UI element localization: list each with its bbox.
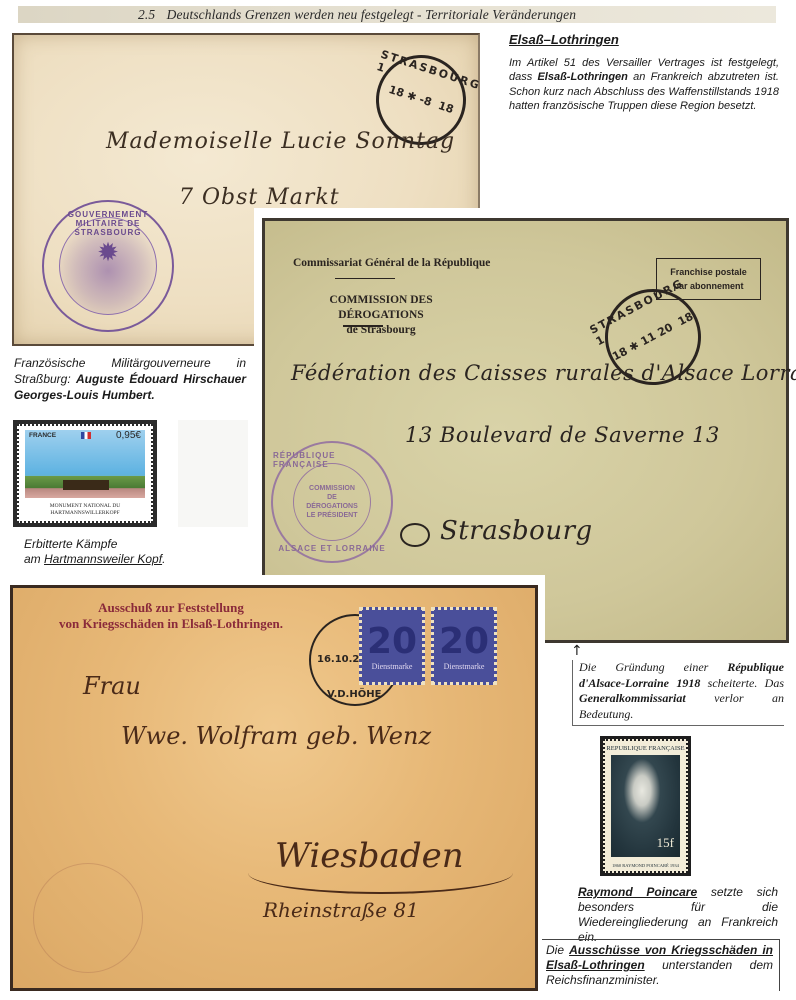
sender-line-1: Ausschuß zur Feststellung	[21, 600, 321, 616]
text-part: .	[162, 552, 165, 566]
address-line-1: Mademoiselle Lucie Sonntag	[106, 129, 455, 154]
address-line-3: Wiesbaden	[275, 836, 464, 876]
seal-text: GOUVERNEMENT MILITAIRE DE STRASBOURG	[44, 210, 172, 237]
ornament-divider	[335, 278, 395, 279]
hartmannsweiler-link: Hartmannsweiler Kopf	[44, 552, 162, 566]
republik-text: Die Gründung einer République d'Alsace-L…	[572, 660, 784, 726]
stamp-caption: MONUMENT NATIONAL DU HARTMANNSWILLERKOPF	[19, 503, 151, 516]
text-part: Die	[546, 943, 569, 957]
sender-stamp: Ausschuß zur Feststellung von Kriegsschä…	[21, 600, 321, 632]
star-cathedral-icon: ✹	[97, 237, 119, 268]
address-line-2: 7 Obst Markt	[179, 185, 340, 210]
section-title: Deutschlands Grenzen werden neu festgele…	[167, 7, 576, 22]
sender-line-2: von Kriegsschäden in Elsaß-Lothringen.	[21, 616, 321, 632]
blank-card	[178, 420, 248, 527]
seal-center-line: COMMISSION	[309, 484, 355, 493]
kampf-line-1: Erbitterte Kämpfe	[24, 537, 165, 552]
commission-seal: RÉPUBLIQUE FRANÇAISE COMMISSION DE DÉROG…	[271, 441, 393, 563]
stamp-label: Dienstmarke	[372, 662, 413, 671]
caption-line: HARTMANNSWILLERKOPF	[19, 510, 151, 517]
poincare-text: Raymond Poincare setzte sich besonders f…	[578, 885, 778, 945]
seal-ring-top: RÉPUBLIQUE FRANÇAISE	[273, 451, 391, 469]
seal-ring-bottom: ALSACE ET LORRAINE	[278, 544, 385, 553]
stamp-label: Dienstmarke	[444, 662, 485, 671]
poincare-link: Raymond Poincare	[578, 885, 697, 899]
franchise-line-1: Franchise postale	[657, 265, 760, 279]
section-number: 2.5	[138, 7, 155, 22]
seal-center-line: DÉROGATIONS	[306, 502, 358, 511]
stamp-country: FRANCE	[29, 432, 56, 439]
text-part: scheiterte. Das	[700, 676, 784, 690]
text-bold: Elsaß-Lothringen	[537, 71, 627, 83]
address-line-4: Rheinstraße 81	[263, 898, 419, 922]
flag-icon	[81, 432, 91, 439]
flourish-icon	[400, 523, 430, 547]
text-part: Die Gründung einer	[579, 660, 727, 674]
stamp-country: REPUBLIQUE FRANÇAISE	[605, 745, 686, 752]
stamp-value: 15f	[657, 835, 674, 851]
stamp-dienstmarke-1: 20 Dienstmarke	[359, 607, 425, 685]
address-line-2: Wwe. Wolfram geb. Wenz	[121, 722, 431, 750]
address-line-1: Fédération des Caisses rurales d'Alsace …	[291, 361, 796, 385]
stamp-dienstmarke-2: 20 Dienstmarke	[431, 607, 497, 685]
arrow-up-icon: ↑	[571, 643, 583, 659]
text-bold: Generalkommissariat	[579, 691, 686, 705]
stamp-hartmannswillerkopf: FRANCE 0,95€ MONUMENT NATIONAL DU HARTMA…	[13, 420, 157, 527]
postmark-bottom-text: V.D.HÖHE	[327, 689, 381, 700]
faint-seal	[33, 863, 143, 973]
org-line-1: Commissariat Général de la République	[293, 257, 490, 269]
ausschuss-text: Die Ausschüsse von Kriegsschäden in Elsa…	[542, 939, 780, 991]
stamp-value: 20	[367, 621, 417, 662]
org-commission: COMMISSION DES DÉROGATIONS	[311, 293, 451, 323]
address-line-1: Frau	[83, 672, 141, 700]
stamp-plaques	[63, 480, 109, 490]
seal-center-line: DE	[327, 493, 337, 502]
page-title: 2.5 Deutschlands Grenzen werden neu fest…	[138, 7, 698, 23]
text-part: am	[24, 552, 44, 566]
org-line-2: COMMISSION DES DÉROGATIONS de Strasbourg	[311, 293, 451, 338]
elsass-lothringen-text: Im Artikel 51 des Versailler Vertrages i…	[509, 56, 779, 113]
seal-center-line: LE PRÉSIDENT	[307, 511, 358, 520]
seal-center: COMMISSION DE DÉROGATIONS LE PRÉSIDENT	[293, 463, 371, 541]
kampf-text: Erbitterte Kämpfe am Hartmannsweiler Kop…	[24, 537, 165, 567]
ornament-divider	[343, 325, 383, 327]
stamp-price: 0,95€	[116, 430, 141, 441]
gouverneure-text: Französische Militärgouverneure in Straß…	[14, 355, 246, 403]
envelope-wolfram-wiesbaden: Ausschuß zur Feststellung von Kriegsschä…	[10, 585, 538, 991]
elsass-lothringen-heading: Elsaß–Lothringen	[509, 32, 619, 47]
address-line-2: 13 Boulevard de Saverne 13	[405, 423, 720, 447]
address-line-3: Strasbourg	[440, 516, 593, 546]
stamp-value: 20	[439, 621, 489, 662]
kampf-line-2: am Hartmannsweiler Kopf.	[24, 552, 165, 567]
stamp-caption: 1860 RAYMOND POINCARÉ 1934	[605, 863, 686, 868]
stamp-poincare: REPUBLIQUE FRANÇAISE 15f 1860 RAYMOND PO…	[600, 736, 691, 876]
section-header: 2.5 Deutschlands Grenzen werden neu fest…	[18, 6, 776, 23]
military-government-seal: GOUVERNEMENT MILITAIRE DE STRASBOURG ✹	[42, 200, 174, 332]
